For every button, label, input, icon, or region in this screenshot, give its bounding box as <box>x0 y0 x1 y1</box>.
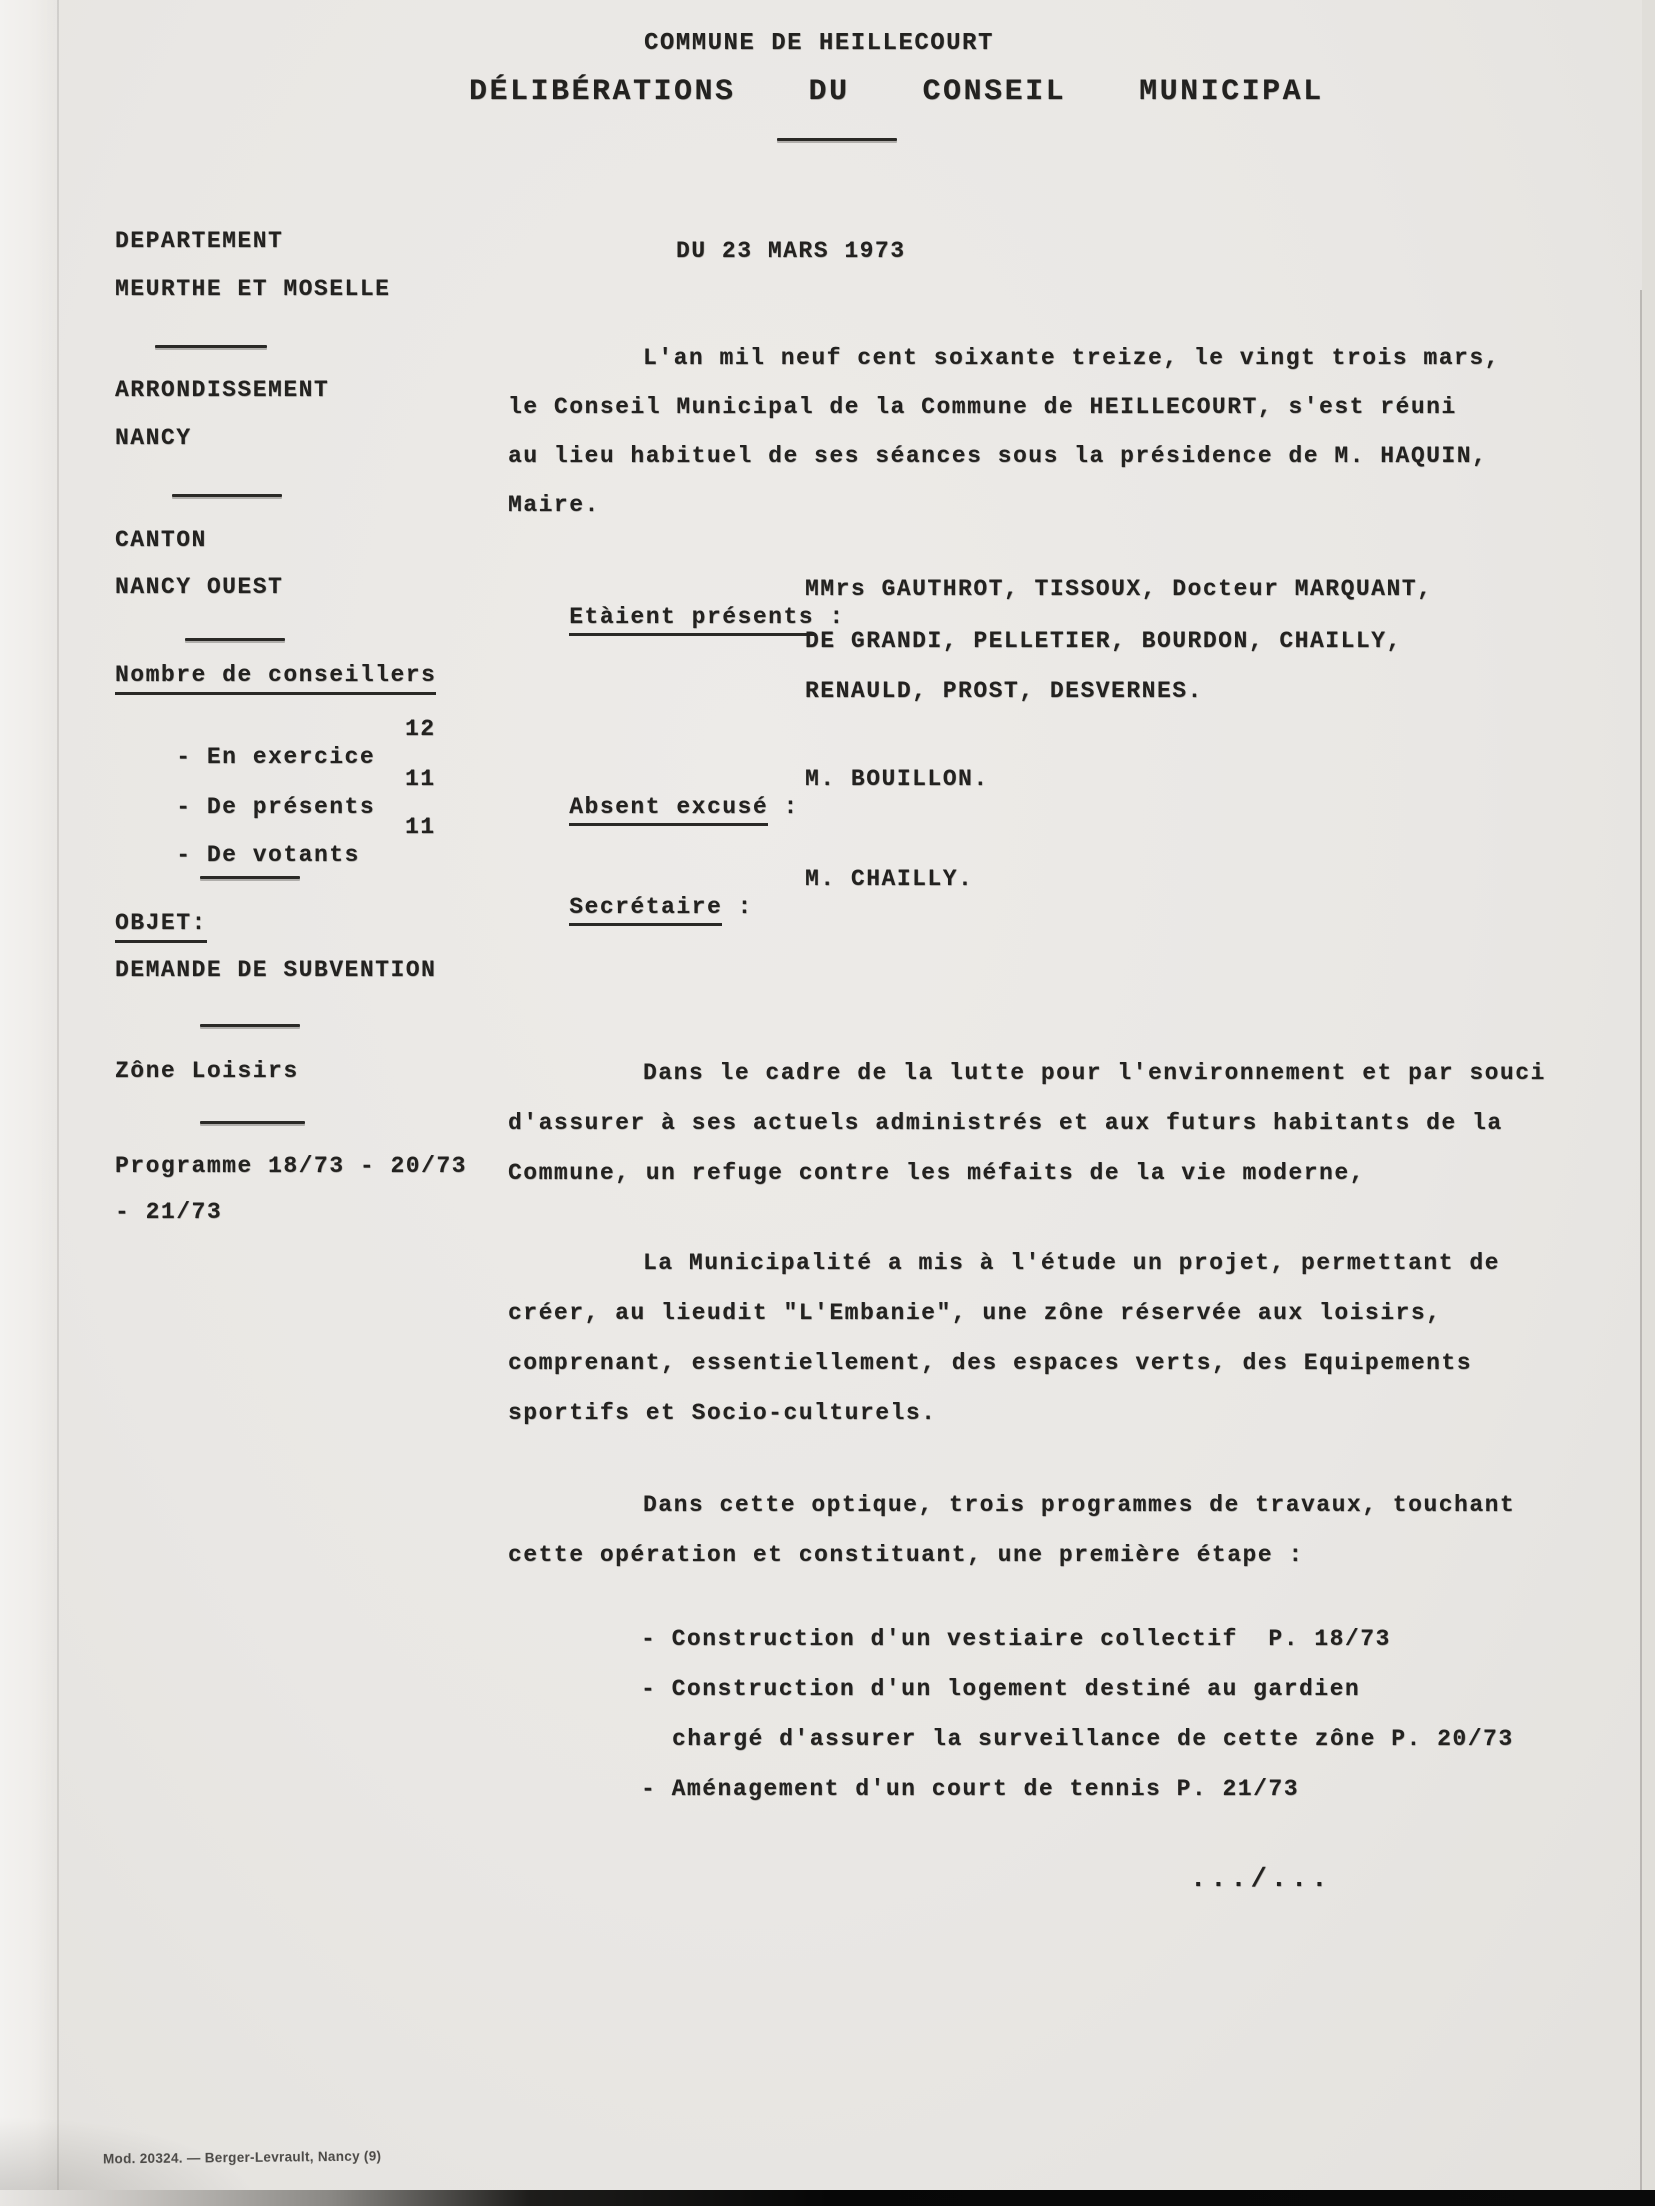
programme-line-1: Programme 18/73 - 20/73 <box>115 1153 467 1181</box>
secretaire-colon: : <box>722 894 753 920</box>
objet-value: DEMANDE DE SUBVENTION <box>115 957 436 985</box>
printer-imprint: Mod. 20324. — Berger-Levrault, Nancy (9) <box>103 2149 381 2167</box>
zone-loisirs-label: Zône Loisirs <box>115 1058 299 1086</box>
presents-names-line: MMrs GAUTHROT, TISSOUX, Docteur MARQUANT… <box>805 576 1432 604</box>
paragraph-optique-line: cette opération et constituant, une prem… <box>508 1542 1304 1570</box>
conseillers-row-votants: - De votants 11 <box>115 814 360 924</box>
sidebar-divider <box>200 1024 300 1027</box>
canton-label: CANTON <box>115 527 207 555</box>
paragraph-cadre-line: Dans le cadre de la lutte pour l'environ… <box>508 1060 1546 1088</box>
paragraph-municipalite-line: créer, au lieudit "L'Embanie", une zône … <box>508 1300 1441 1328</box>
absent-label: Absent excusé <box>569 794 768 827</box>
opening-line: L'an mil neuf cent soixante treize, le v… <box>508 345 1500 373</box>
document-main-title: DÉLIBÉRATIONS DU CONSEIL MUNICIPAL <box>469 74 1324 110</box>
paragraph-municipalite-line: comprenant, essentiellement, des espaces… <box>508 1350 1472 1378</box>
paragraph-cadre-line: d'assurer à ses actuels administrés et a… <box>508 1110 1503 1138</box>
travaux-item: - Aménagement d'un court de tennis P. 21… <box>641 1776 1299 1804</box>
canton-value: NANCY OUEST <box>115 574 283 602</box>
continuation-marker: .../... <box>1190 1864 1331 1896</box>
opening-line: le Conseil Municipal de la Commune de HE… <box>508 394 1457 422</box>
paragraph-optique-line: Dans cette optique, trois programmes de … <box>508 1492 1515 1520</box>
opening-line: Maire. <box>508 492 600 520</box>
conseillers-title: Nombre de conseillers <box>115 662 436 695</box>
conseillers-row-value: 11 <box>405 814 436 842</box>
arrondissement-label: ARRONDISSEMENT <box>115 377 329 405</box>
document-commune-title: COMMUNE DE HEILLECOURT <box>644 30 994 59</box>
paragraph-municipalite-line: La Municipalité a mis à l'étude un proje… <box>508 1250 1500 1278</box>
sidebar-divider <box>200 876 300 879</box>
sidebar-divider <box>155 345 267 348</box>
presents-names-line: DE GRANDI, PELLETIER, BOURDON, CHAILLY, <box>805 628 1402 656</box>
presents-row: Etàient présents : MMrs GAUTHROT, TISSOU… <box>508 576 845 691</box>
paragraph-cadre-line: Commune, un refuge contre les méfaits de… <box>508 1160 1365 1188</box>
absent-row: Absent excusé : M. BOUILLON. <box>508 766 799 881</box>
sidebar-divider <box>185 638 285 641</box>
absent-colon: : <box>768 794 799 820</box>
departement-label: DEPARTEMENT <box>115 228 283 256</box>
travaux-item-continuation: chargé d'assurer la surveillance de cett… <box>641 1726 1514 1754</box>
sidebar-divider <box>172 494 282 497</box>
scanned-document-page: COMMUNE DE HEILLECOURT DÉLIBÉRATIONS DU … <box>0 0 1655 2206</box>
paragraph-municipalite-line: sportifs et Socio-culturels. <box>508 1400 936 1428</box>
secretaire-row: Secrétaire : M. CHAILLY. <box>508 866 753 981</box>
arrondissement-value: NANCY <box>115 425 192 453</box>
travaux-item: - Construction d'un logement destiné au … <box>641 1676 1360 1704</box>
conseillers-row-value: 12 <box>405 716 436 744</box>
presents-label: Etàient présents <box>569 604 814 637</box>
departement-value: MEURTHE ET MOSELLE <box>115 276 390 304</box>
travaux-item: - Construction d'un vestiaire collectif … <box>641 1626 1391 1654</box>
programme-line-2: - 21/73 <box>115 1199 222 1227</box>
secretaire-value: M. CHAILLY. <box>805 866 973 894</box>
session-date: DU 23 MARS 1973 <box>676 238 906 266</box>
title-divider <box>777 138 897 141</box>
objet-label-text: OBJET: <box>115 910 207 943</box>
opening-line: au lieu habituel de ses séances sous la … <box>508 443 1487 471</box>
presents-names-line: RENAULD, PROST, DESVERNES. <box>805 678 1203 706</box>
conseillers-row-label: - De votants <box>176 842 360 868</box>
scan-edge-bottom <box>0 2190 1655 2206</box>
scan-crease-left <box>57 0 59 2206</box>
secretaire-label: Secrétaire <box>569 894 722 927</box>
scan-crease-right <box>1640 290 1642 2192</box>
scan-edge-right <box>1642 0 1655 2206</box>
conseillers-title-text: Nombre de conseillers <box>115 662 436 695</box>
conseillers-row-value: 11 <box>405 766 436 794</box>
objet-label: OBJET: <box>115 910 207 943</box>
scan-edge-left <box>0 0 58 2206</box>
presents-colon: : <box>814 604 845 630</box>
absent-value: M. BOUILLON. <box>805 766 989 794</box>
sidebar-divider <box>200 1121 305 1124</box>
